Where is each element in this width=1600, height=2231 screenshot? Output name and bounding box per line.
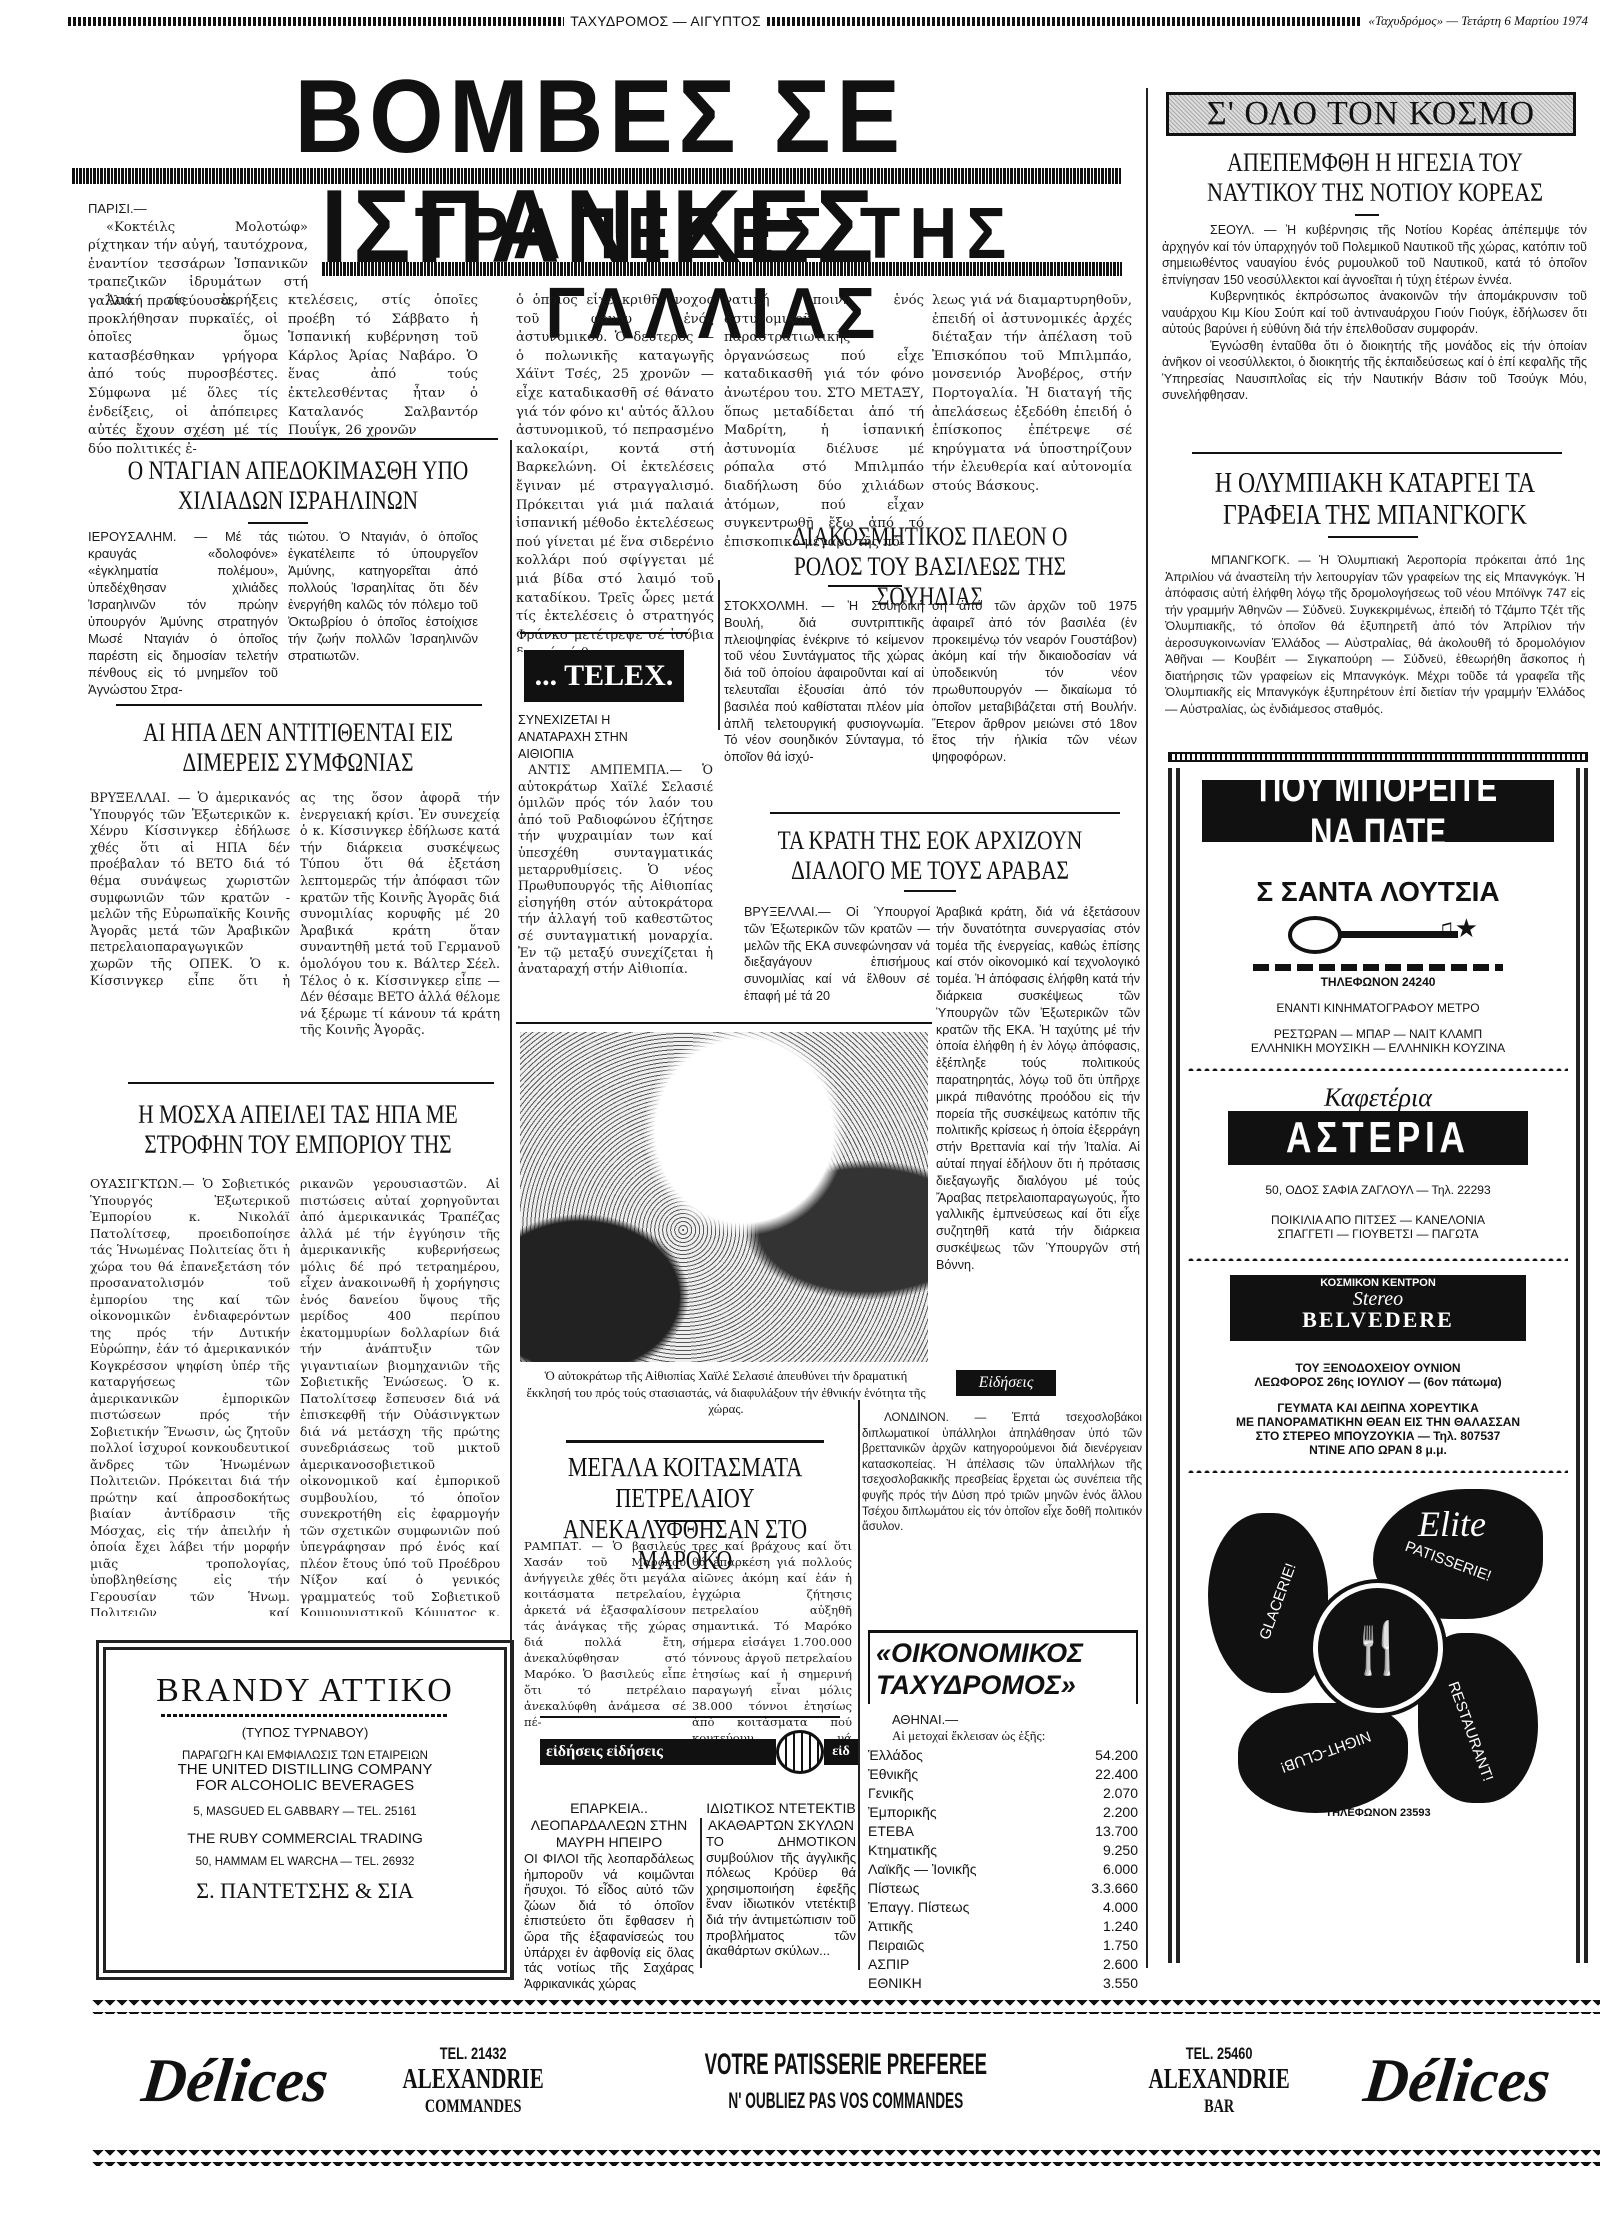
news-badge: Εἰδήσεις xyxy=(956,1370,1056,1396)
economic-banner: «ΟΙΚΟΝΟΜΙΚΟΣ ΤΑΧΥΔΡΟΜΟΣ» xyxy=(868,1630,1138,1704)
asteria-ad: Καφετέρια ΑΣΤΕΡΙΑ 50, ΟΔΟΣ ΣΑΦΙΑ ΖΑΓΛΟΥΛ… xyxy=(1180,1085,1576,1241)
telex-top-rule xyxy=(520,632,688,634)
dashed-rule xyxy=(1253,964,1503,971)
dayan-rule xyxy=(248,522,308,524)
masthead-date: «Ταχυδρόμος» — Τετάρτη 6 Μαρτίου 1974 xyxy=(1368,13,1588,29)
delices-ad: Délices TEL. 21432 ALEXANDRIE COMMANDES … xyxy=(92,2018,1600,2144)
world-body: ΣΕΟΥΛ. — Ἡ κυβέρνησις τῆς Νοτίου Κορέας … xyxy=(1162,222,1587,404)
lead-hatch-rule-2 xyxy=(322,262,1122,276)
stock-row: Ἀττικῆς1.240 xyxy=(868,1917,1138,1936)
greek-key-border-top xyxy=(1168,752,1588,762)
olympic-rule xyxy=(1328,536,1418,538)
dayan-col-2: τιώτου. Ὁ Νταγιάν, ὁ ὁποῖος ἐγκατέλειπε … xyxy=(288,528,478,664)
eidiseis-top-rule xyxy=(540,1716,840,1718)
dayan-top-rule xyxy=(100,438,498,440)
world-rule xyxy=(1355,214,1379,216)
eidiseis-story-a: ΕΠΑΡΚΕΙΑ.. ΛΕΟΠΑΡΔΑΛΕΩΝ ΣΤΗΝ ΜΑΥΡΗ ΗΠΕΙΡ… xyxy=(524,1800,694,1991)
column-divider-econ xyxy=(858,1400,860,1970)
masthead-dots-right xyxy=(767,17,1362,26)
wavy-rule-3 xyxy=(1188,1467,1568,1473)
stock-row: Πίστεως3.3.660 xyxy=(868,1879,1138,1898)
lead-col-2: κτελέσεις, στίς ὁποῖες προέβη τό Σάββατο… xyxy=(288,292,478,441)
belvedere-ad: ΚΟΣΜΙΚΟΝ ΚΕΝΤΡΟΝ Stereo BELVEDERE ΤΟΥ ΞΕ… xyxy=(1180,1275,1576,1457)
eec-rule xyxy=(904,890,956,892)
olympic-headline: Η ΟΛΥΜΠΙΑΚΗ ΚΑΤΑΡΓΕΙ ΤΑ ΓΡΑΦΕΙΑ ΤΗΣ ΜΠΑΝ… xyxy=(1201,468,1550,532)
dayan-col-1: ΙΕΡΟΥΣΑΛΗΜ. — Μέ τάς κραυγάς «δολοφόνε» … xyxy=(88,528,278,698)
lead-hatch-rule-1 xyxy=(72,168,1122,184)
brandy-rule xyxy=(161,1714,449,1717)
usa-headline: ΑΙ ΗΠΑ ΔΕΝ ΑΝΤΙΤΙΘΕΝΤΑΙ ΕΙΣ ΔΙΜΕΡΕΙΣ ΣΥΜ… xyxy=(126,718,470,778)
delices-logo-right: Délices xyxy=(1360,2046,1553,2117)
stock-row: Ἐθνικῆς22.400 xyxy=(868,1765,1138,1784)
delices-center-info: VOTRE PATISSERIE PREFEREE N' OUBLIEZ PAS… xyxy=(618,2048,1074,2114)
sweden-col-2: ση ἀπό τῶν ἀρχῶν τοῦ 1975 ἀφαιρεῖ ἀπό τό… xyxy=(932,598,1137,766)
delices-logo-left: Délices xyxy=(138,2046,331,2117)
dayan-headline: Ο ΝΤΑΓΙΑΝ ΑΠΕΔΟΚΙΜΑΣΘΗ ΥΠΟ ΧΙΛΙΑΔΩΝ ΙΣΡΑ… xyxy=(126,456,470,516)
masthead-bar: ΤΑΧΥΔΡΟΜΟΣ — ΑΙΓΥΠΤΟΣ «Ταχυδρόμος» — Τετ… xyxy=(68,10,1588,32)
eidiseis-story-b: ΙΔΙΩΤΙΚΟΣ ΝΤΕΤΕΚΤΙΒ ΑΚΑΘΑΡΤΩΝ ΣΚΥΛΩΝ ΤΟ … xyxy=(706,1800,856,1959)
olympic-top-rule xyxy=(1192,452,1562,454)
economic-body: ΑΘΗΝΑΙ.— Αἱ μετοχαί ἔκλεισαν ὡς ἑξῆς: Ἑλ… xyxy=(868,1712,1138,1993)
sweden-rule xyxy=(828,585,902,587)
wavy-rule-2 xyxy=(1188,1255,1568,1261)
elite-ad: 🍴 Elite PATISSERIE! GLACERIE! RESTAURANT… xyxy=(1198,1483,1558,1813)
delices-right-info: TEL. 25460 ALEXANDRIE BAR xyxy=(1125,2044,1313,2118)
belvedere-logo: ΚΟΣΜΙΚΟΝ ΚΕΝΤΡΟΝ Stereo BELVEDERE xyxy=(1230,1275,1526,1341)
usa-col-2: ας της ὅσον ἀφορᾶ τήν ἐνεργειακή κρίσι. … xyxy=(300,790,500,1050)
morocco-col-1: ΡΑΜΠΑΤ. — Ὁ βασιλεύς Χασάν τοῦ Μαρόκου ἀ… xyxy=(524,1538,686,1730)
bouzouki-icon: ♫★ xyxy=(1278,914,1478,958)
column-divider-mid xyxy=(718,580,720,730)
wavy-rule xyxy=(1188,1065,1568,1071)
usa-top-rule xyxy=(116,704,482,706)
morocco-top-rule xyxy=(566,1440,824,1443)
eec-col-1: ΒΡΥΞΕΛΛΑΙ.— Οἱ Ὑπουργοί τῶν Ἐξωτερικῶν τ… xyxy=(744,904,930,1005)
morocco-col-2: τρες καί βράχους καί ὅτι θά ἐπαρκέση γιά… xyxy=(692,1538,852,1762)
stock-row: ΕΘΝΙΚΗ3.550 xyxy=(868,1974,1138,1993)
haile-selassie-photo xyxy=(520,1032,928,1362)
stock-row: Ἐμπορικῆς2.200 xyxy=(868,1803,1138,1822)
stock-row: Ἑλλάδος54.200 xyxy=(868,1746,1138,1765)
fork-glass-icon: 🍴 xyxy=(1313,1583,1443,1713)
world-banner: Σ' ΟΛΟ ΤΟΝ ΚΟΣΜΟ xyxy=(1166,92,1576,136)
world-headline: ΑΠΕΠΕΜΦΘΗ Η ΗΓΕΣΙΑ ΤΟΥ ΝΑΥΤΙΚΟΥ ΤΗΣ ΝΟΤΙ… xyxy=(1192,148,1558,208)
stock-row: Γενικῆς2.070 xyxy=(868,1784,1138,1803)
eidiseis-banner: εἰδήσεις εἰδήσεις εἰδ xyxy=(540,1730,858,1774)
sweden-col-1: ΣΤΟΚΧΟΛΜΗ. — Ἡ Σουηδική Βουλή, διά συντρ… xyxy=(724,598,924,766)
globe-icon xyxy=(776,1730,824,1774)
ads-panel: ΠΟΥ ΜΠΟΡΕΙΤΕ ΝΑ ΠΑΤΕ Σ ΣΑΝΤΑ ΛΟΥΤΣΙΑ ♫★ … xyxy=(1168,768,1588,1963)
column-divider-eidiseis xyxy=(700,1818,702,1968)
photo-top-rule xyxy=(516,1022,932,1024)
stock-row: ΑΣΠΙΡ2.600 xyxy=(868,1955,1138,1974)
lead-col-3: ὁ ὁποῖος εἶχε κριθῆ ἔνοχος τοῦ φόνου ἑνό… xyxy=(516,292,714,652)
telex-banner: ... TELEX. xyxy=(524,650,684,702)
lead-col-1: Ἀπό τίς ἐκρήξεις προκλήθησαν πυρκαϊές, ο… xyxy=(88,292,278,459)
morocco-rule xyxy=(660,1520,724,1522)
where-to-go-banner: ΠΟΥ ΜΠΟΡΕΙΤΕ ΝΑ ΠΑΤΕ xyxy=(1202,780,1554,842)
delices-left-info: TEL. 21432 ALEXANDRIE COMMANDES xyxy=(379,2044,567,2118)
lead-dateline: ΠΑΡΙΣΙ.— xyxy=(88,200,308,219)
eec-top-rule xyxy=(770,812,1120,814)
stock-row: Πειραιῶς1.750 xyxy=(868,1936,1138,1955)
eec-headline: ΤΑ ΚΡΑΤΗ ΤΗΣ ΕΟΚ ΑΡΧΙΖΟΥΝ ΔΙΑΛΟΓΟ ΜΕ ΤΟΥ… xyxy=(758,826,1102,886)
column-divider-right xyxy=(1146,88,1148,1968)
olympic-body: ΜΠΑΝΓΚΟΓΚ. — Ἡ Ὀλυμπιακή Ἀεροπορία πρόκε… xyxy=(1165,552,1585,717)
stocks-table: Ἑλλάδος54.200 Ἐθνικῆς22.400 Γενικῆς2.070… xyxy=(868,1746,1138,1993)
lead-col-5: λεως γιά νά διαμαρτυρηθοῦν, ἐπειδή οἱ ἀσ… xyxy=(932,292,1132,497)
brandy-ad: BRANDY ATTIKO (ΤΥΠΟΣ ΤΥΡΝΑΒΟΥ) ΠΑΡΑΓΩΓΗ … xyxy=(96,1640,514,1980)
moscow-top-rule xyxy=(128,1082,494,1084)
usa-col-1: ΒΡΥΞΕΛΛΑΙ. — Ὁ ἀμερικανός Ὑπουργός τῶν Ἐ… xyxy=(90,790,290,990)
stock-row: Ἐπαγγ. Πίστεως4.000 xyxy=(868,1898,1138,1917)
moscow-col-2: ρικανῶν γερουσιαστῶν. Αἱ πιστώσεις αὐταί… xyxy=(300,1176,500,1616)
asteria-logo: ΑΣΤΕΡΙΑ xyxy=(1228,1111,1528,1165)
bottom-ad-zigzag-top xyxy=(92,2000,1600,2014)
stock-row: Κτηματικῆς9.250 xyxy=(868,1841,1138,1860)
london-body: ΛΟΝΔΙΝΟΝ. — Ἑπτά τσεχοσλοβάκοι διπλωματι… xyxy=(862,1410,1142,1535)
masthead-center: ΤΑΧΥΔΡΟΜΟΣ — ΑΙΓΥΠΤΟΣ xyxy=(570,13,761,29)
stock-row: ΕΤΕΒΑ13.700 xyxy=(868,1822,1138,1841)
lead-col-4: νατική ποινή ἑνός ἀστυνομικοῦ παραστρατι… xyxy=(724,292,924,552)
telex-headline: ΣΥΝΕΧΙΖΕΤΑΙ Η ΑΝΑΤΑΡΑΧΗ ΣΤΗΝ ΑΙΘΙΟΠΙΑ xyxy=(518,712,638,763)
santa-lucia-ad: Σ ΣΑΝΤΑ ΛΟΥΤΣΙΑ ♫★ ΤΗΛΕΦΩΝΟΝ 24240 ΕΝΑΝΤ… xyxy=(1180,876,1576,1055)
masthead-dots-left xyxy=(68,17,564,26)
bottom-ad-zigzag-bottom xyxy=(92,2150,1600,2166)
telex-body: ΑΝΤΙΣ ΑΜΠΕΜΠΑ.— Ὁ αὐτοκράτωρ Χαϊλέ Σελασ… xyxy=(518,762,713,978)
stock-row: Λαϊκῆς — Ἰονικῆς6.000 xyxy=(868,1860,1138,1879)
moscow-col-1: ΟΥΑΣΙΓΚΤΩΝ.— Ὁ Σοβιετικός Ὑπουργός Ἐξωτε… xyxy=(90,1176,290,1616)
moscow-headline: Η ΜΟΣΧΑ ΑΠΕΙΛΕΙ ΤΑΣ ΗΠΑ ΜΕ ΣΤΡΟΦΗΝ ΤΟΥ Ε… xyxy=(126,1100,470,1160)
